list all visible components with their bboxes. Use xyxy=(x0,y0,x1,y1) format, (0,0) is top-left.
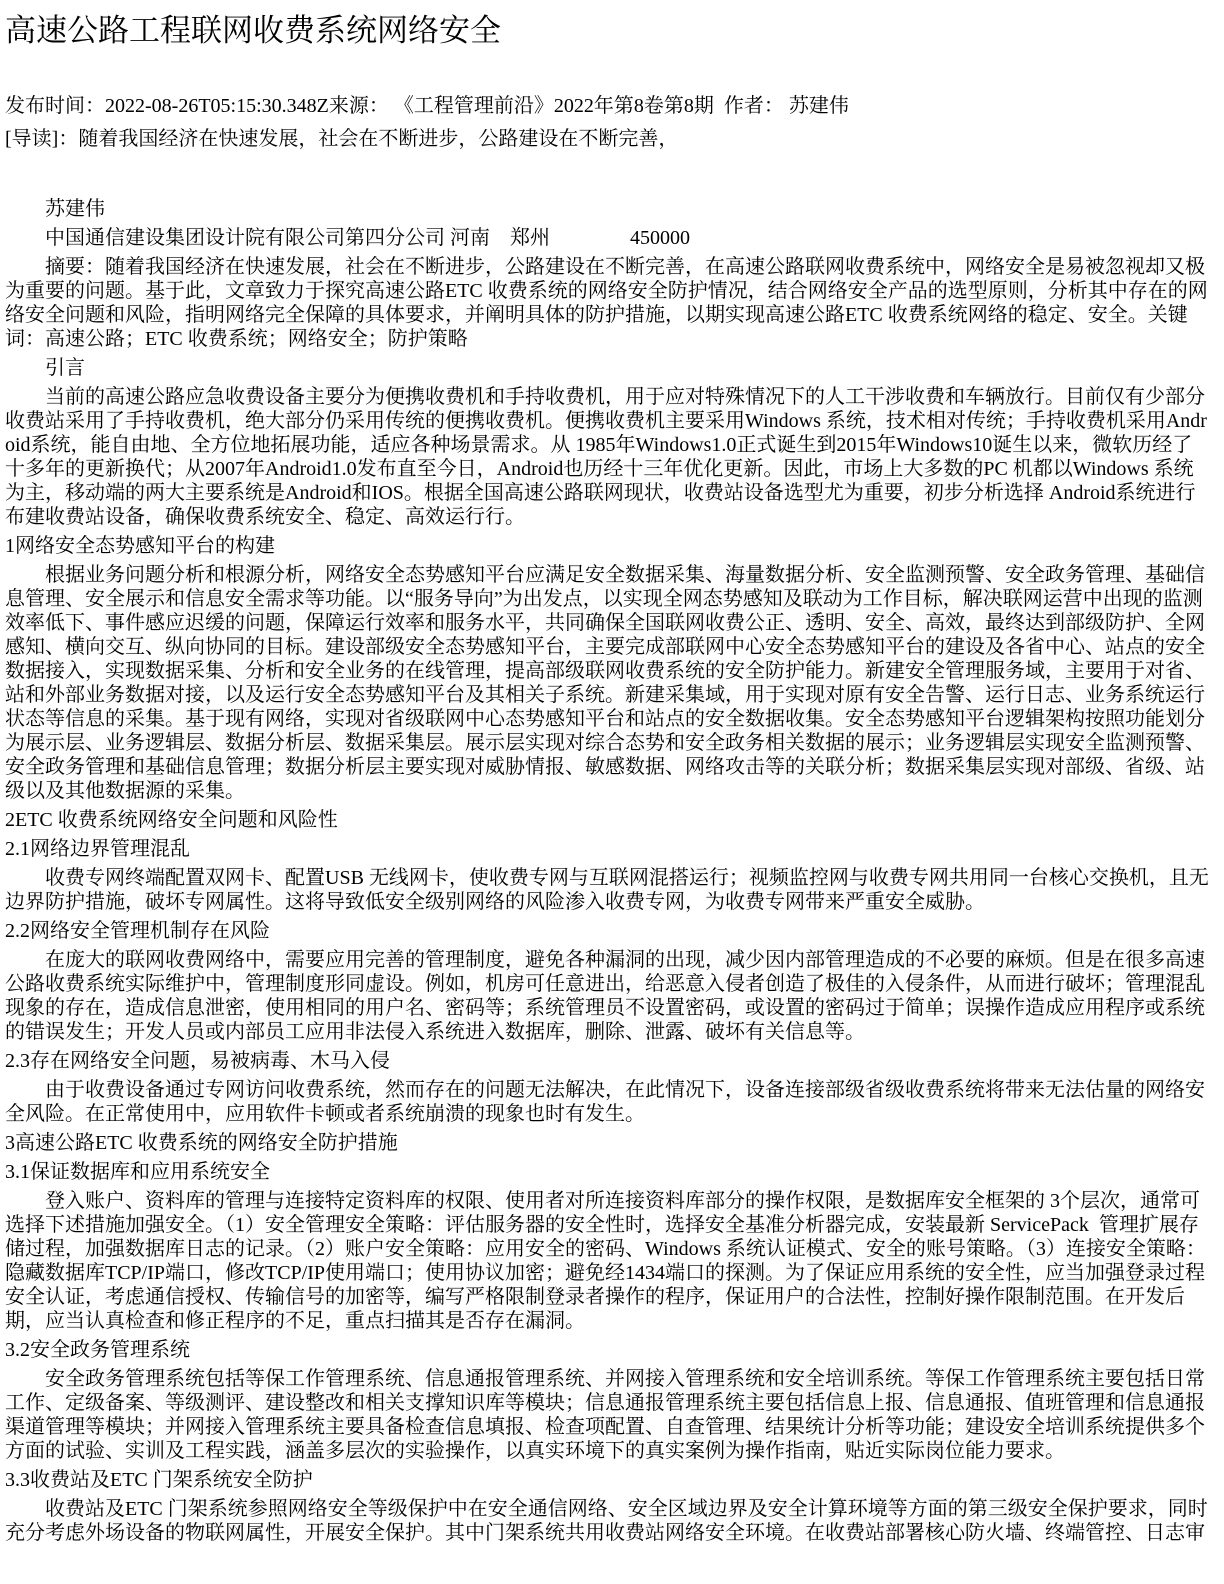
affiliation-line: 中国通信建设集团设计院有限公司第四分公司 河南 郑州 450000 xyxy=(5,226,1212,250)
section-2-1-paragraph: 收费专网终端配置双网卡、配置USB 无线网卡，使收费专网与互联网混搭运行；视频监… xyxy=(5,866,1212,914)
section-heading-3-3: 3.3收费站及ETC 门架系统安全防护 xyxy=(5,1468,1212,1492)
author-line: 苏建伟 xyxy=(5,197,1212,221)
section-2-3-paragraph: 由于收费设备通过专网访问收费系统，然而存在的问题无法解决，在此情况下，设备连接部… xyxy=(5,1078,1212,1126)
article-body: 苏建伟 中国通信建设集团设计院有限公司第四分公司 河南 郑州 450000 摘要… xyxy=(5,197,1212,1545)
section-heading-3-1: 3.1保证数据库和应用系统安全 xyxy=(5,1160,1212,1184)
section-3-3-paragraph: 收费站及ETC 门架系统参照网络安全等级保护中在安全通信网络、安全区域边界及安全… xyxy=(5,1497,1212,1545)
section-2-2-paragraph: 在庞大的联网收费网络中，需要应用完善的管理制度，避免各种漏洞的出现，减少因内部管… xyxy=(5,948,1212,1044)
abstract-paragraph: 摘要：随着我国经济在快速发展，社会在不断进步，公路建设在不断完善，在高速公路联网… xyxy=(5,255,1212,351)
section-heading-2-3: 2.3存在网络安全问题，易被病毒、木马入侵 xyxy=(5,1049,1212,1073)
intro-heading: 引言 xyxy=(5,356,1212,380)
section-3-2-paragraph: 安全政务管理系统包括等保工作管理系统、信息通报管理系统、并网接入管理系统和安全培… xyxy=(5,1367,1212,1463)
section-1-paragraph: 根据业务问题分析和根源分析，网络安全态势感知平台应满足安全数据采集、海量数据分析… xyxy=(5,563,1212,803)
section-heading-3: 3高速公路ETC 收费系统的网络安全防护措施 xyxy=(5,1131,1212,1155)
section-3-1-paragraph: 登入账户、资料库的管理与连接特定资料库的权限、使用者对所连接资料库部分的操作权限… xyxy=(5,1189,1212,1333)
section-heading-2-2: 2.2网络安全管理机制存在风险 xyxy=(5,919,1212,943)
section-heading-2-1: 2.1网络边界管理混乱 xyxy=(5,837,1212,861)
lead-summary-line: [导读]：随着我国经济在快速发展，社会在不断进步，公路建设在不断完善， xyxy=(5,127,1212,151)
publish-meta-line: 发布时间：2022-08-26T05:15:30.348Z来源： 《工程管理前沿… xyxy=(5,94,1212,118)
section-heading-2: 2ETC 收费系统网络安全问题和风险性 xyxy=(5,808,1212,832)
section-heading-1: 1网络安全态势感知平台的构建 xyxy=(5,534,1212,558)
article-title: 高速公路工程联网收费系统网络安全 xyxy=(5,12,1212,50)
article-page: 高速公路工程联网收费系统网络安全 发布时间：2022-08-26T05:15:3… xyxy=(0,0,1224,1545)
section-heading-3-2: 3.2安全政务管理系统 xyxy=(5,1338,1212,1362)
intro-paragraph: 当前的高速公路应急收费设备主要分为便携收费机和手持收费机，用于应对特殊情况下的人… xyxy=(5,385,1212,529)
